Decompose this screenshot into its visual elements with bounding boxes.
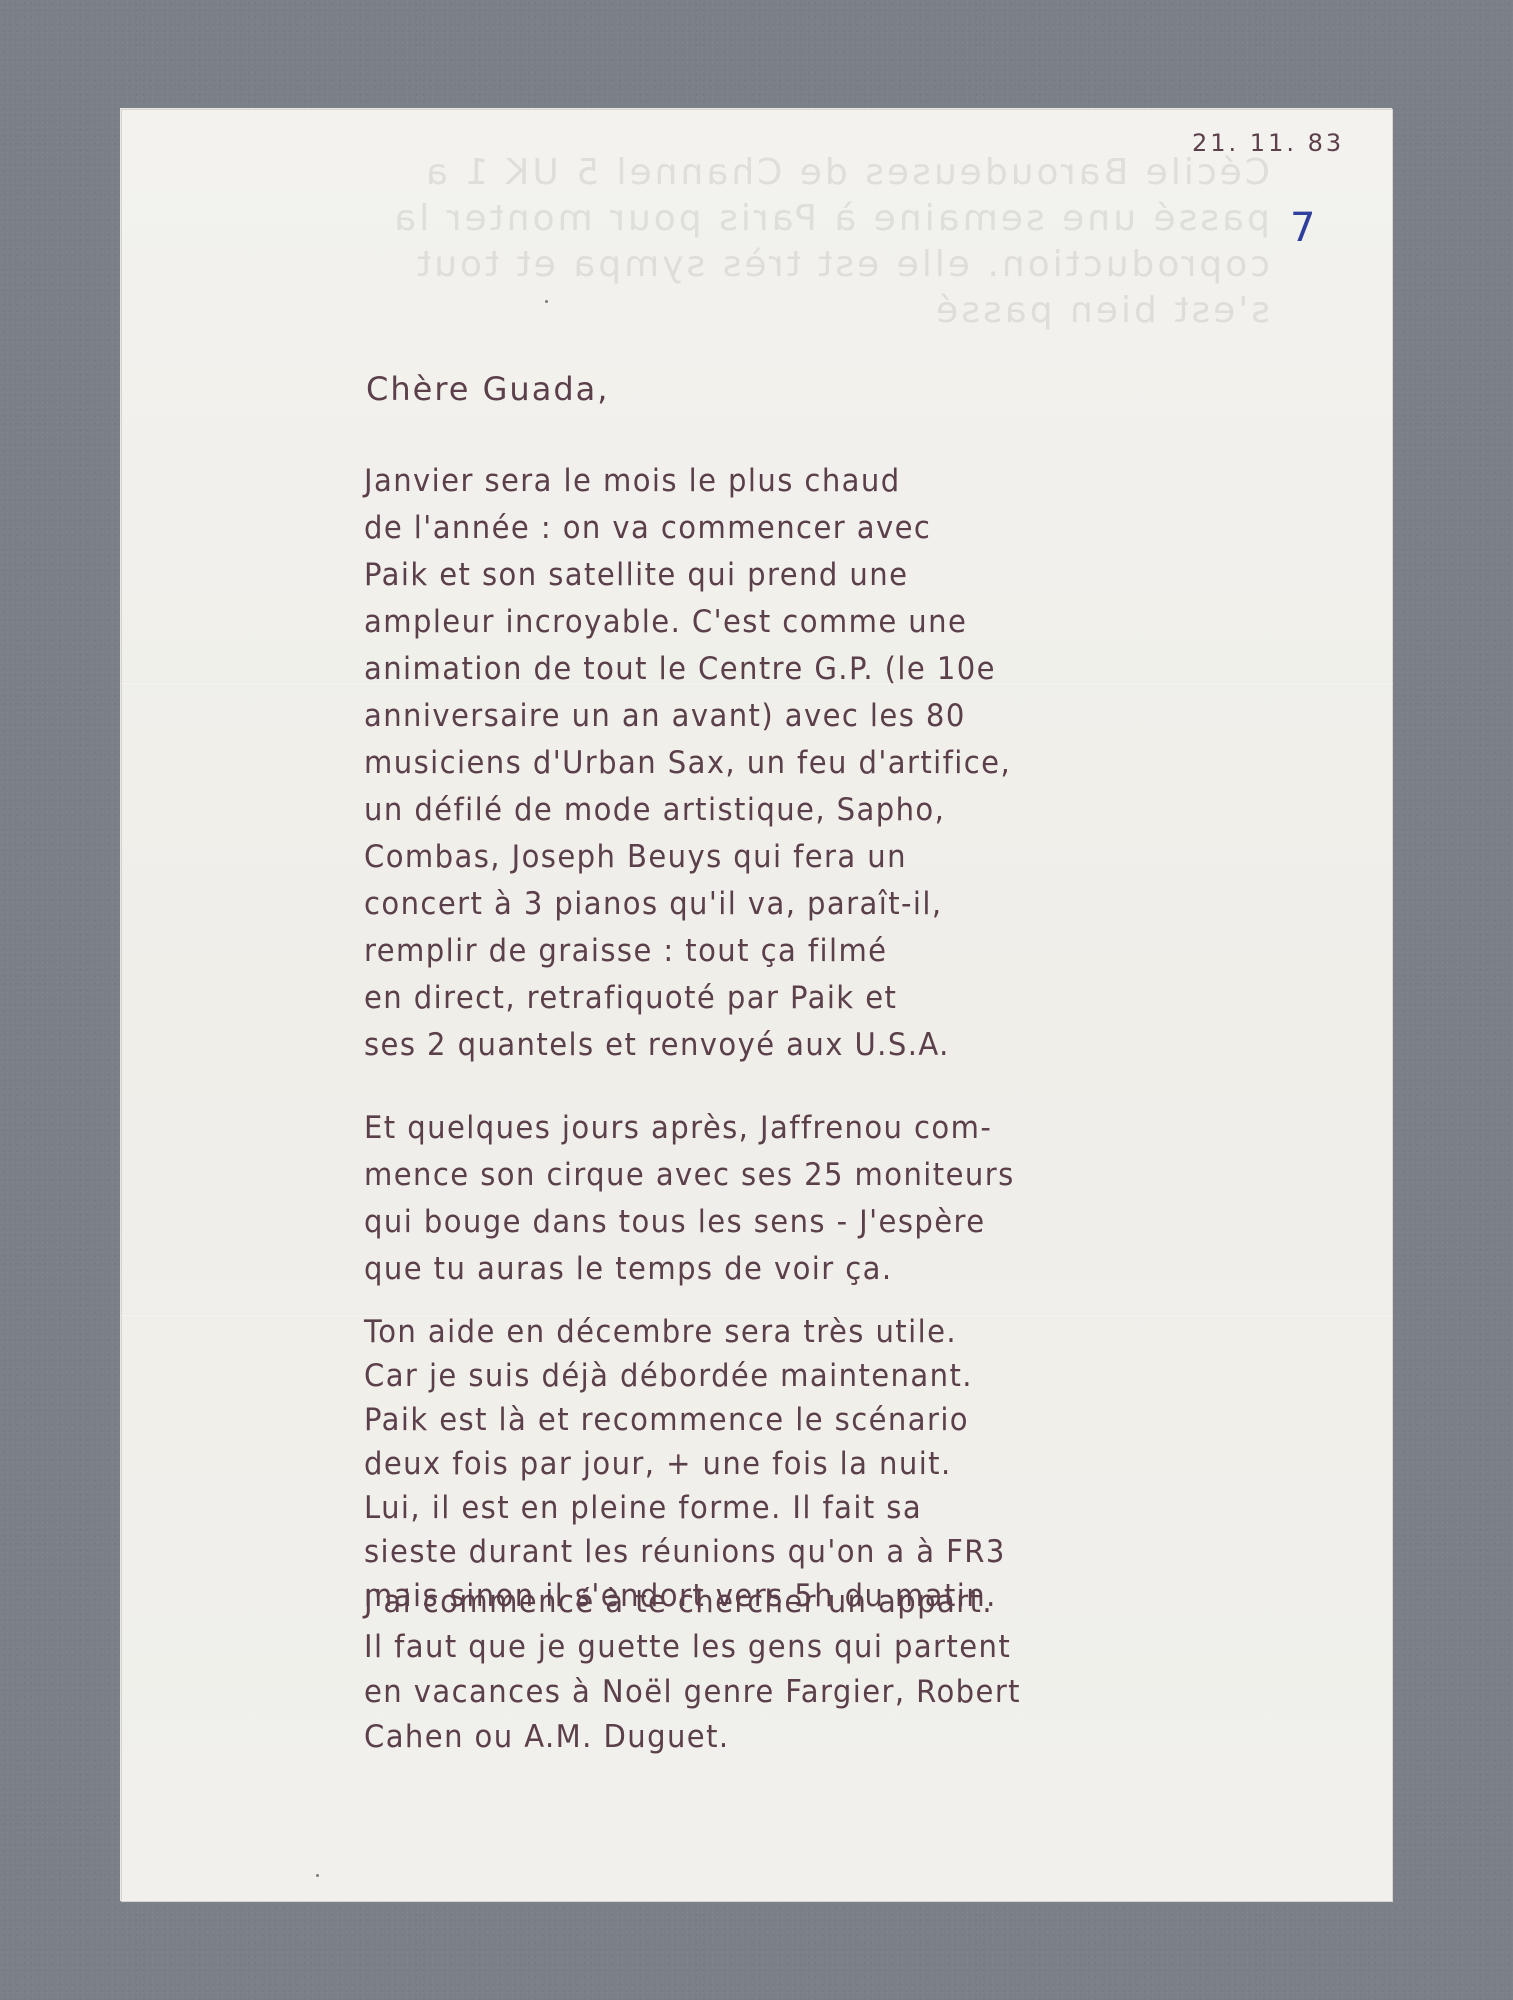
text-line: Il faut que je guette les gens qui parte… xyxy=(364,1625,1264,1670)
text-line: Cahen ou A.M. Duguet. xyxy=(364,1715,1264,1760)
text-line: Paik et son satellite qui prend une xyxy=(364,552,1264,599)
text-line: animation de tout le Centre G.P. (le 10e xyxy=(364,646,1264,693)
text-line: en vacances à Noël genre Fargier, Robert xyxy=(364,1670,1264,1715)
salutation: Chère Guada, xyxy=(366,370,609,408)
text-line: Paik est là et recommence le scénario xyxy=(364,1398,1264,1442)
text-line: qui bouge dans tous les sens - J'espère xyxy=(364,1199,1264,1246)
text-line: remplir de graisse : tout ça filmé xyxy=(364,928,1264,975)
text-line: Et quelques jours après, Jaffrenou com- xyxy=(364,1105,1264,1152)
paragraph-2: Et quelques jours après, Jaffrenou com- … xyxy=(364,1105,1324,1293)
text-line: de l'année : on va commencer avec xyxy=(364,505,1264,552)
text-line: Car je suis déjà débordée maintenant. xyxy=(364,1354,1264,1398)
text-line: sieste durant les réunions qu'on a à FR3 xyxy=(364,1530,1264,1574)
text-line: que tu auras le temps de voir ça. xyxy=(364,1246,1264,1293)
text-line: concert à 3 pianos qu'il va, paraît-il, xyxy=(364,881,1264,928)
paper-speck xyxy=(316,1874,319,1877)
text-line: ampleur incroyable. C'est comme une xyxy=(364,599,1264,646)
text-line: en direct, retrafiquoté par Paik et xyxy=(364,975,1264,1022)
page-number: 7 xyxy=(1290,205,1315,251)
text-line: Ton aide en décembre sera très utile. xyxy=(364,1310,1264,1354)
text-line: mence son cirque avec ses 25 moniteurs xyxy=(364,1152,1264,1199)
paragraph-4: J'ai commencé à te chercher un appart. I… xyxy=(364,1580,1324,1760)
text-line: ses 2 quantels et renvoyé aux U.S.A. xyxy=(364,1022,1264,1069)
text-line: J'ai commencé à te chercher un appart. xyxy=(364,1580,1264,1625)
paragraph-3: Ton aide en décembre sera très utile. Ca… xyxy=(364,1310,1324,1618)
text-line: Janvier sera le mois le plus chaud xyxy=(364,458,1264,505)
letter-date: 21. 11. 83 xyxy=(1192,129,1344,157)
text-line: un défilé de mode artistique, Sapho, xyxy=(364,787,1264,834)
text-line: anniversaire un an avant) avec les 80 xyxy=(364,693,1264,740)
paper-speck xyxy=(545,300,548,303)
text-line: Combas, Joseph Beuys qui fera un xyxy=(364,834,1264,881)
paragraph-1: Janvier sera le mois le plus chaud de l'… xyxy=(364,458,1324,1069)
text-line: deux fois par jour, + une fois la nuit. xyxy=(364,1442,1264,1486)
text-line: musiciens d'Urban Sax, un feu d'artifice… xyxy=(364,740,1264,787)
text-line: Lui, il est en pleine forme. Il fait sa xyxy=(364,1486,1264,1530)
